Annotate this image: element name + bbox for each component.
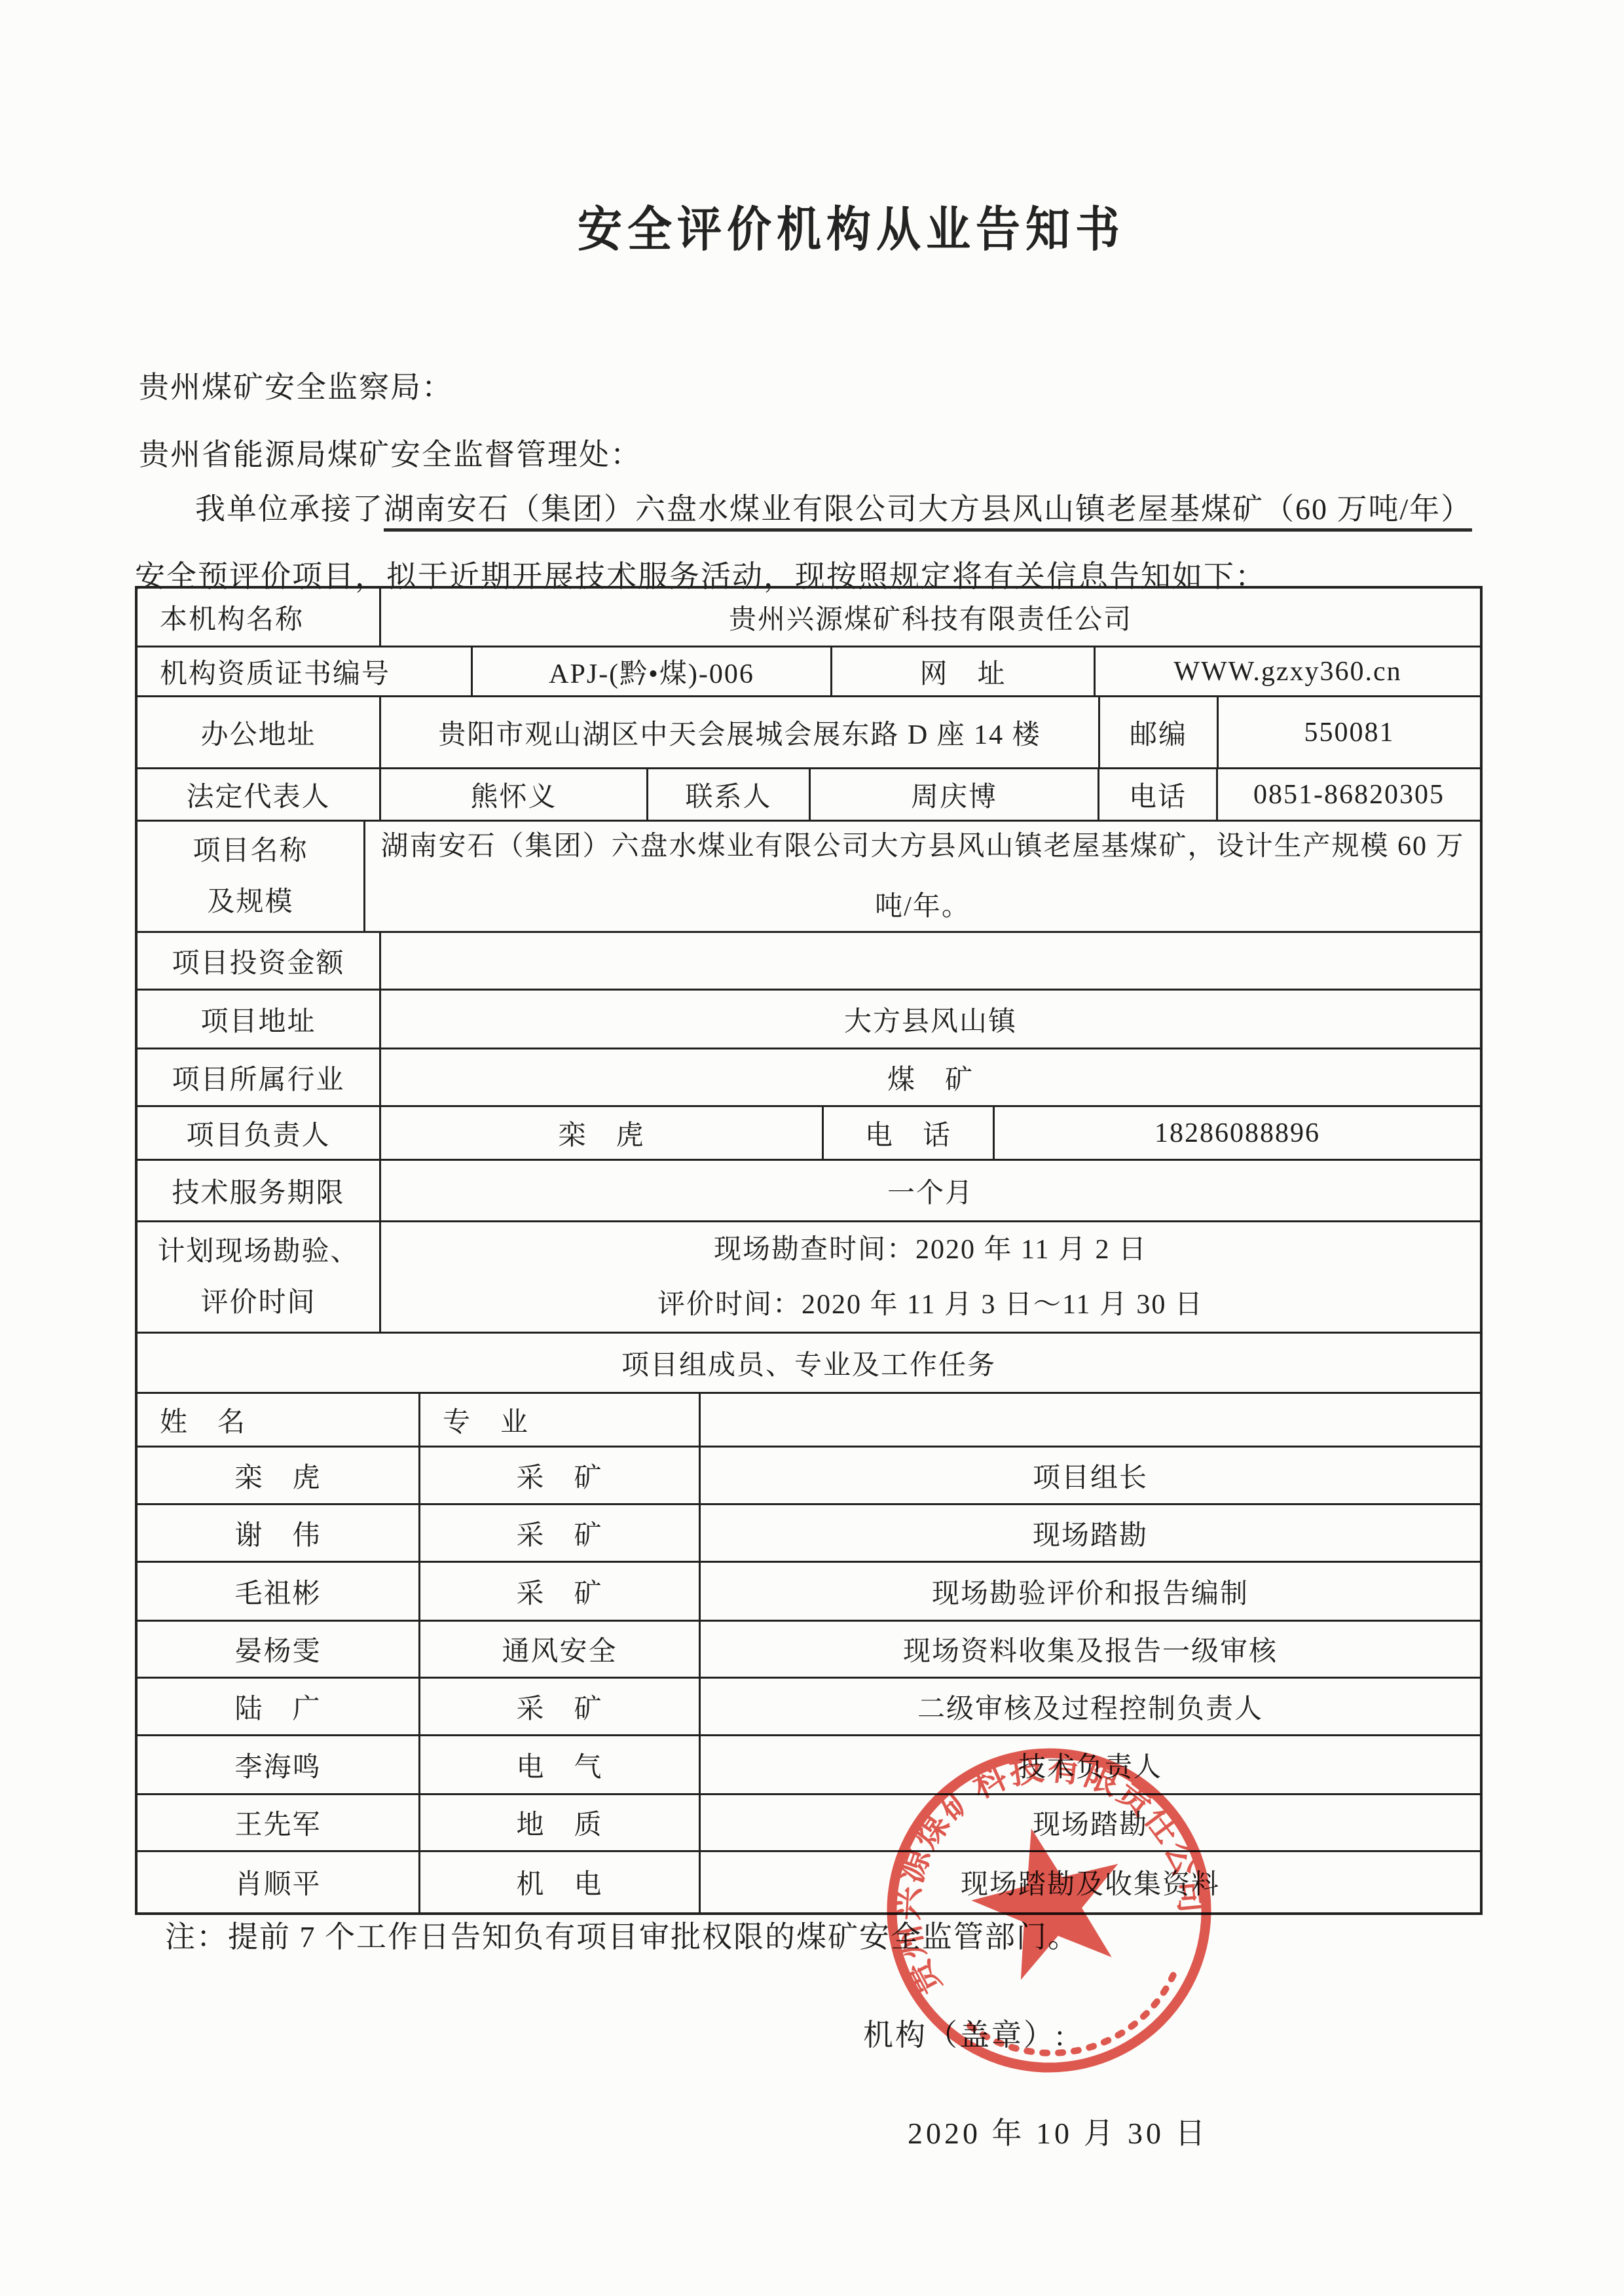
task-col-blank	[701, 1394, 1480, 1446]
zip-value: 550081	[1219, 697, 1480, 767]
row-project-name: 项目名称 及规模 湖南安石（集团）六盘水煤业有限公司大方县风山镇老屋基煤矿，设计…	[138, 822, 1480, 933]
member-task: 现场勘验评价和报告编制	[701, 1563, 1480, 1620]
schedule-label: 计划现场勘验、 评价时间	[138, 1222, 381, 1332]
site-label: 项目地址	[138, 991, 381, 1048]
row-legal-rep: 法定代表人 熊怀义 联系人 周庆博 电话 0851-86820305	[138, 769, 1480, 822]
web-value: WWW.gzxy360.cn	[1096, 647, 1480, 695]
page-title: 安全评价机构从业告知书	[0, 191, 1624, 260]
office-label: 办公地址	[138, 697, 381, 767]
project-name-underlined: 湖南安石（集团）六盘水煤业有限公司大方县风山镇老屋基煤矿（60 万吨/年）	[384, 492, 1472, 532]
cert-value: APJ-(黔•煤)-006	[473, 647, 832, 695]
schedule-label-line1: 计划现场勘验、	[157, 1226, 359, 1277]
recipients-block: 贵州煤矿安全监察局： 贵州省能源局煤矿安全监督管理处：	[139, 354, 642, 488]
member-row: 肖顺平 机 电 现场踏勘及收集资料	[138, 1852, 1480, 1912]
member-major: 电 气	[420, 1736, 701, 1793]
cert-label: 机构资质证书编号	[138, 647, 473, 695]
leader-label: 项目负责人	[138, 1107, 381, 1159]
row-office: 办公地址 贵阳市观山湖区中天会展城会展东路 D 座 14 楼 邮编 550081	[138, 697, 1480, 769]
leader-value: 栾 虎	[381, 1107, 824, 1159]
member-name: 陆 广	[138, 1679, 420, 1734]
row-members-header: 项目组成员、专业及工作任务	[138, 1334, 1480, 1394]
industry-label: 项目所属行业	[138, 1049, 381, 1105]
row-leader: 项目负责人 栾 虎 电 话 18286088896	[138, 1107, 1480, 1161]
member-major: 通风安全	[420, 1622, 701, 1677]
member-major: 采 矿	[420, 1679, 701, 1734]
member-task: 现场踏勘	[701, 1795, 1480, 1850]
member-task: 项目组长	[701, 1448, 1480, 1503]
member-major: 地 质	[420, 1795, 701, 1850]
member-task: 二级审核及过程控制负责人	[701, 1679, 1480, 1734]
member-row: 毛祖彬 采 矿 现场勘验评价和报告编制	[138, 1563, 1480, 1622]
member-name: 肖顺平	[138, 1852, 420, 1912]
member-row: 王先军 地 质 现场踏勘	[138, 1795, 1480, 1852]
member-major: 采 矿	[420, 1505, 701, 1561]
schedule-survey-time: 现场勘查时间：2020 年 11 月 2 日	[714, 1222, 1147, 1277]
name-col-label: 姓 名	[138, 1394, 420, 1446]
project-name-label-line2: 及规模	[208, 877, 294, 928]
row-cert: 机构资质证书编号 APJ-(黔•煤)-006 网 址 WWW.gzxy360.c…	[138, 647, 1480, 697]
investment-value	[381, 933, 1480, 989]
info-table: 本机构名称 贵州兴源煤矿科技有限责任公司 机构资质证书编号 APJ-(黔•煤)-…	[135, 586, 1483, 1915]
member-major: 采 矿	[420, 1448, 701, 1503]
member-row: 栾 虎 采 矿 项目组长	[138, 1448, 1480, 1505]
member-name: 谢 伟	[138, 1505, 420, 1561]
member-task: 技术负责人	[701, 1736, 1480, 1793]
legal-rep-value: 熊怀义	[381, 769, 648, 820]
members-header: 项目组成员、专业及工作任务	[138, 1334, 1480, 1392]
web-label: 网 址	[832, 647, 1096, 695]
member-name: 王先军	[138, 1795, 420, 1850]
member-row: 谢 伟 采 矿 现场踏勘	[138, 1505, 1480, 1563]
footnote: 注：提前 7 个工作日告知负有项目审批权限的煤矿安全监管部门。	[165, 1913, 1079, 1956]
schedule-value: 现场勘查时间：2020 年 11 月 2 日 评价时间：2020 年 11 月 …	[381, 1222, 1480, 1332]
member-major: 采 矿	[420, 1563, 701, 1620]
member-name: 李海鸣	[138, 1736, 420, 1793]
member-task: 现场踏勘	[701, 1505, 1480, 1561]
row-schedule: 计划现场勘验、 评价时间 现场勘查时间：2020 年 11 月 2 日 评价时间…	[138, 1222, 1480, 1334]
major-col-label: 专 业	[420, 1394, 701, 1446]
duration-value: 一个月	[381, 1161, 1480, 1220]
member-task: 现场资料收集及报告一级审核	[701, 1622, 1480, 1677]
project-name-label: 项目名称 及规模	[138, 822, 365, 931]
tel-value: 0851-86820305	[1218, 769, 1480, 820]
project-name-label-line1: 项目名称	[193, 826, 308, 877]
row-members-cols: 姓 名 专 业	[138, 1394, 1480, 1448]
leader-tel-value: 18286088896	[995, 1107, 1480, 1159]
investment-label: 项目投资金额	[138, 933, 381, 989]
recipient-line-1: 贵州煤矿安全监察局：	[139, 354, 642, 421]
member-task: 现场踏勘及收集资料	[701, 1852, 1480, 1912]
org-name-value: 贵州兴源煤矿科技有限责任公司	[381, 589, 1480, 646]
duration-label: 技术服务期限	[138, 1161, 381, 1220]
row-site: 项目地址 大方县风山镇	[138, 991, 1480, 1049]
member-name: 栾 虎	[138, 1448, 420, 1503]
schedule-label-line2: 评价时间	[200, 1277, 316, 1328]
scanned-document-page: 安全评价机构从业告知书 贵州煤矿安全监察局： 贵州省能源局煤矿安全监督管理处： …	[0, 0, 1624, 2296]
project-name-value: 湖南安石（集团）六盘水煤业有限公司大方县风山镇老屋基煤矿，设计生产规模 60 万…	[365, 822, 1480, 931]
member-name: 毛祖彬	[138, 1563, 420, 1620]
contact-value: 周庆博	[811, 769, 1099, 820]
seal-caption: 机构（盖章）:	[863, 2011, 1066, 2054]
tel-label: 电话	[1099, 769, 1218, 820]
industry-value: 煤 矿	[381, 1049, 1480, 1105]
member-row: 陆 广 采 矿 二级审核及过程控制负责人	[138, 1679, 1480, 1736]
row-industry: 项目所属行业 煤 矿	[138, 1049, 1480, 1107]
member-row: 晏杨雯 通风安全 现场资料收集及报告一级审核	[138, 1622, 1480, 1679]
member-name: 晏杨雯	[138, 1622, 420, 1677]
row-duration: 技术服务期限 一个月	[138, 1161, 1480, 1222]
document-date: 2020 年 10 月 30 日	[908, 2109, 1209, 2153]
zip-label: 邮编	[1100, 697, 1219, 767]
org-name-label: 本机构名称	[138, 589, 381, 646]
legal-rep-label: 法定代表人	[138, 769, 381, 820]
member-row: 李海鸣 电 气 技术负责人	[138, 1736, 1480, 1795]
intro-prefix: 我单位承接了	[195, 492, 384, 526]
member-major: 机 电	[420, 1852, 701, 1912]
schedule-eval-time: 评价时间：2020 年 11 月 3 日～11 月 30 日	[657, 1277, 1204, 1332]
leader-tel-label: 电 话	[824, 1107, 995, 1159]
contact-label: 联系人	[648, 769, 811, 820]
office-value: 贵阳市观山湖区中天会展城会展东路 D 座 14 楼	[381, 697, 1100, 767]
site-value: 大方县风山镇	[381, 991, 1480, 1048]
row-investment: 项目投资金额	[138, 933, 1480, 991]
row-org-name: 本机构名称 贵州兴源煤矿科技有限责任公司	[138, 589, 1480, 647]
